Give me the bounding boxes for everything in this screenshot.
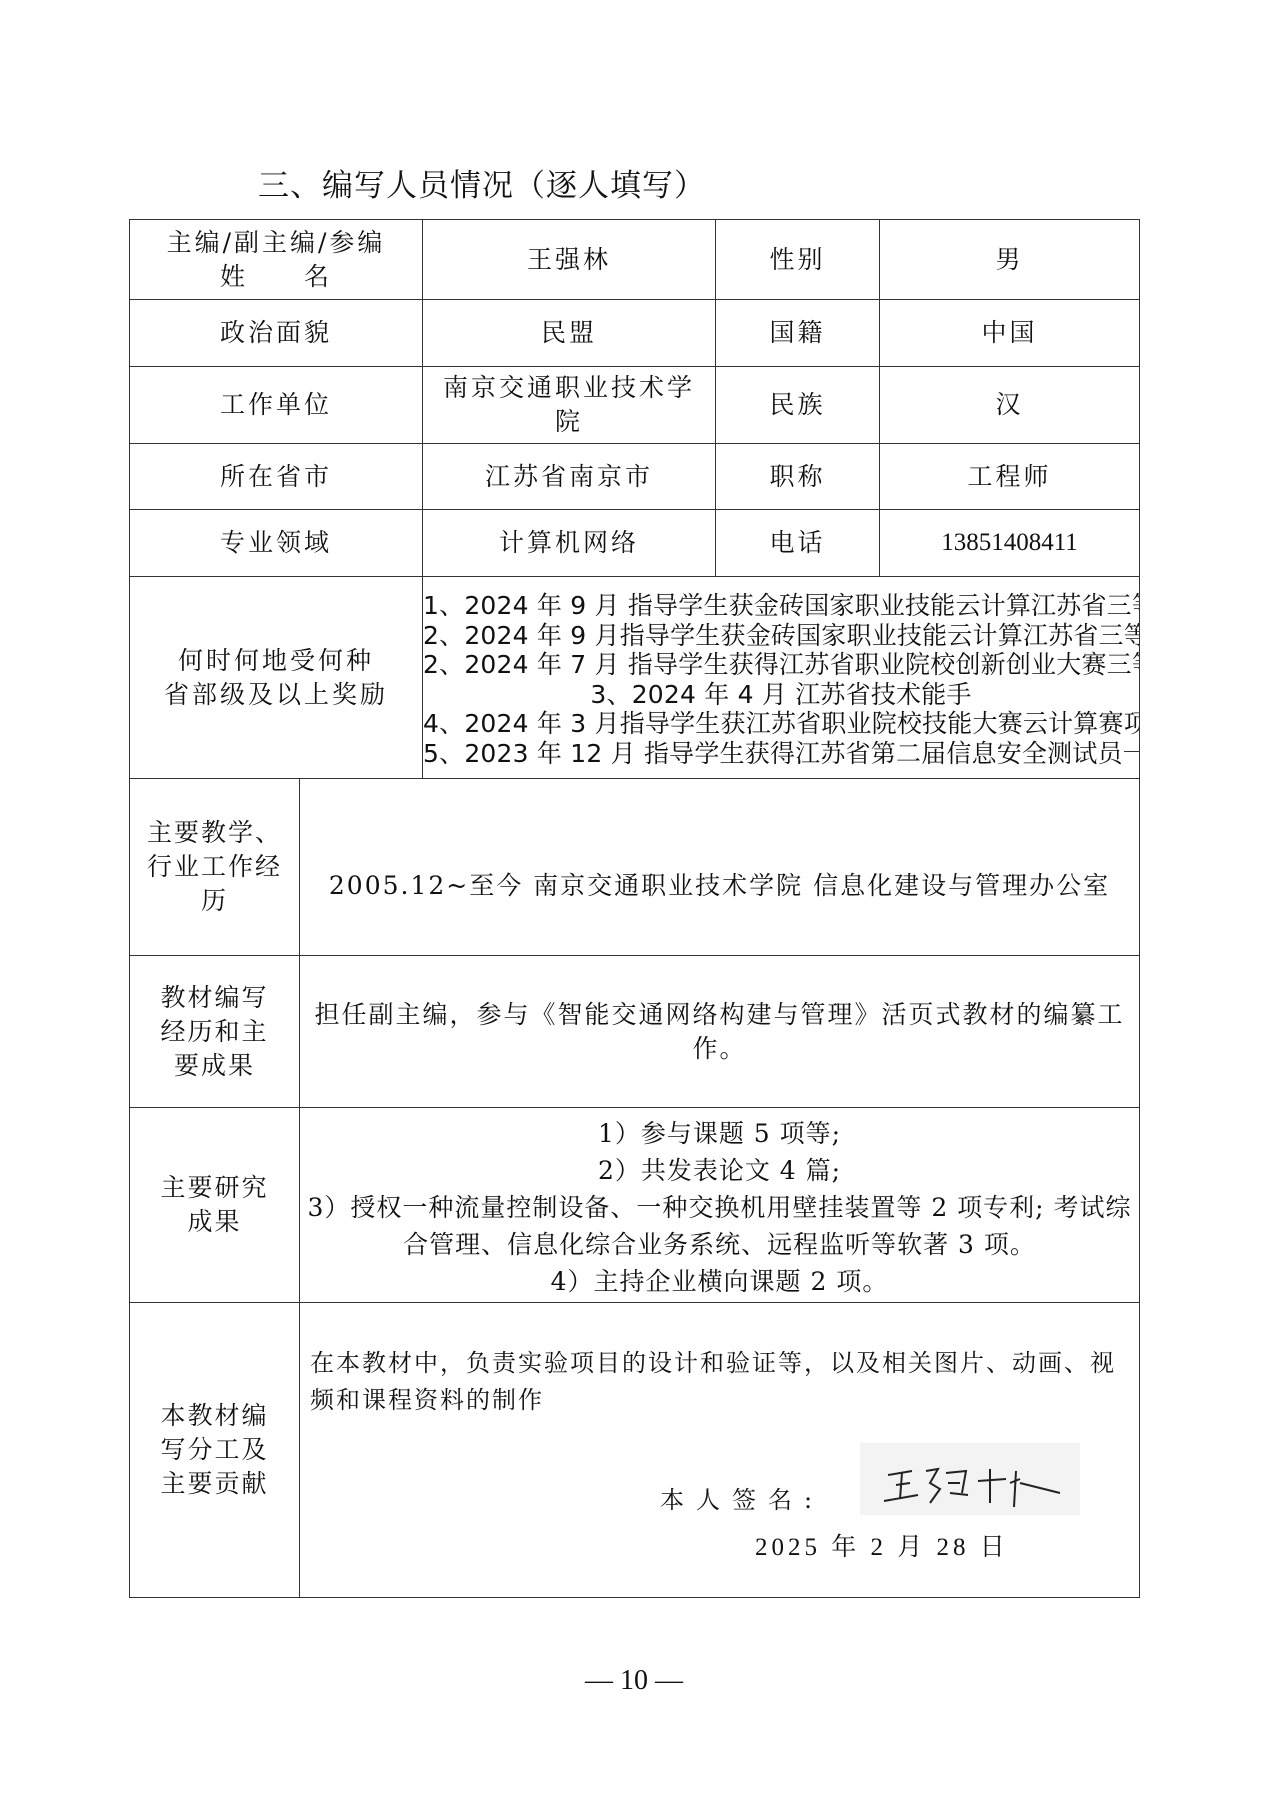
employer-value: 南京交通职业技术学院 (423, 367, 716, 444)
contribution-area: 在本教材中，负责实验项目的设计和验证等，以及相关图片、动画、视频和课程资料的制作… (300, 1303, 1139, 1597)
textbook-writing-label: 教材编写经历和主要成果 (130, 956, 300, 1108)
gender-label: 性别 (716, 220, 880, 300)
nationality-label: 国籍 (716, 300, 880, 367)
political-label: 政治面貌 (130, 300, 423, 367)
row-field: 专业领域 计算机网络 电话 13851408411 (130, 510, 1140, 577)
award-item: 1、2024 年 9 月 指导学生获金砖国家职业技能云计算江苏省三等奖 1 队 (423, 589, 1139, 619)
experience-label: 主要教学、行业工作经历 (130, 779, 300, 956)
ethnicity-value: 汉 (880, 367, 1140, 444)
research-content: 1）参与课题 5 项等; 2）共发表论文 4 篇; 3）授权一种流量控制设备、一… (300, 1108, 1140, 1303)
handwritten-signature-icon (860, 1443, 1080, 1515)
section-heading: 三、编写人员情况（逐人填写） (258, 160, 706, 205)
experience-content: 2005.12~至今 南京交通职业技术学院 信息化建设与管理办公室 (300, 779, 1140, 956)
field-label: 专业领域 (130, 510, 423, 577)
political-value: 民盟 (423, 300, 716, 367)
research-item: 2）共发表论文 4 篇; (300, 1152, 1139, 1189)
name-label-line2: 姓 名 (130, 260, 422, 294)
location-label: 所在省市 (130, 444, 423, 510)
research-item: 1）参与课题 5 项等; (300, 1115, 1139, 1152)
row-employer: 工作单位 南京交通职业技术学院 民族 汉 (130, 367, 1140, 444)
title-label: 职称 (716, 444, 880, 510)
research-item: 4）主持企业横向课题 2 项。 (300, 1263, 1139, 1300)
title-value: 工程师 (880, 444, 1140, 510)
nationality-value: 中国 (880, 300, 1140, 367)
employer-label: 工作单位 (130, 367, 423, 444)
author-info-table: 主编/副主编/参编 姓 名 王强林 性别 男 政治面貌 民盟 国籍 中国 工作单… (129, 219, 1140, 1598)
awards-label-line1: 何时何地受何种 (130, 644, 422, 678)
research-label: 主要研究成果 (130, 1108, 300, 1303)
awards-label: 何时何地受何种 省部级及以上奖励 (130, 577, 423, 779)
awards-list: 1、2024 年 9 月 指导学生获金砖国家职业技能云计算江苏省三等奖 1 队 … (423, 577, 1140, 779)
award-item: 3、2024 年 4 月 江苏省技术能手 (423, 678, 1139, 708)
page-number: — 10 — (0, 1665, 1268, 1697)
row-experience: 主要教学、行业工作经历 2005.12~至今 南京交通职业技术学院 信息化建设与… (130, 779, 1140, 956)
contribution-cell: 在本教材中，负责实验项目的设计和验证等，以及相关图片、动画、视频和课程资料的制作… (300, 1303, 1140, 1598)
phone-label: 电话 (716, 510, 880, 577)
award-item: 5、2023 年 12 月 指导学生获得江苏省第二届信息安全测试员一等奖 (423, 737, 1139, 767)
name-label-line1: 主编/副主编/参编 (130, 226, 422, 260)
signature-label: 本人签名: (660, 1483, 824, 1517)
contribution-label: 本教材编写分工及主要贡献 (130, 1303, 300, 1598)
gender-value: 男 (880, 220, 1140, 300)
signature-date: 2025 年 2 月 28 日 (755, 1531, 1009, 1565)
signature-image (860, 1443, 1080, 1515)
row-contribution: 本教材编写分工及主要贡献 在本教材中，负责实验项目的设计和验证等，以及相关图片、… (130, 1303, 1140, 1598)
row-awards: 何时何地受何种 省部级及以上奖励 1、2024 年 9 月 指导学生获金砖国家职… (130, 577, 1140, 779)
row-textbook-writing: 教材编写经历和主要成果 担任副主编，参与《智能交通网络构建与管理》活页式教材的编… (130, 956, 1140, 1108)
award-item: 2、2024 年 7 月 指导学生获得江苏省职业院校创新创业大赛三等奖 (423, 648, 1139, 678)
awards-label-line2: 省部级及以上奖励 (130, 678, 422, 712)
location-value: 江苏省南京市 (423, 444, 716, 510)
phone-value: 13851408411 (880, 510, 1140, 577)
research-item: 3）授权一种流量控制设备、一种交换机用壁挂装置等 2 项专利; 考试综合管理、信… (300, 1189, 1139, 1263)
row-name: 主编/副主编/参编 姓 名 王强林 性别 男 (130, 220, 1140, 300)
row-political: 政治面貌 民盟 国籍 中国 (130, 300, 1140, 367)
ethnicity-label: 民族 (716, 367, 880, 444)
field-value: 计算机网络 (423, 510, 716, 577)
award-item: 4、2024 年 3 月指导学生获江苏省职业院校技能大赛云计算赛项三等奖 (423, 707, 1139, 737)
contribution-content: 在本教材中，负责实验项目的设计和验证等，以及相关图片、动画、视频和课程资料的制作 (310, 1345, 1130, 1419)
name-label: 主编/副主编/参编 姓 名 (130, 220, 423, 300)
name-value: 王强林 (423, 220, 716, 300)
row-location: 所在省市 江苏省南京市 职称 工程师 (130, 444, 1140, 510)
row-research: 主要研究成果 1）参与课题 5 项等; 2）共发表论文 4 篇; 3）授权一种流… (130, 1108, 1140, 1303)
award-item: 2、2024 年 9 月指导学生获金砖国家职业技能云计算江苏省三等奖 2 队 (423, 619, 1139, 649)
textbook-writing-content: 担任副主编，参与《智能交通网络构建与管理》活页式教材的编纂工作。 (300, 956, 1140, 1108)
